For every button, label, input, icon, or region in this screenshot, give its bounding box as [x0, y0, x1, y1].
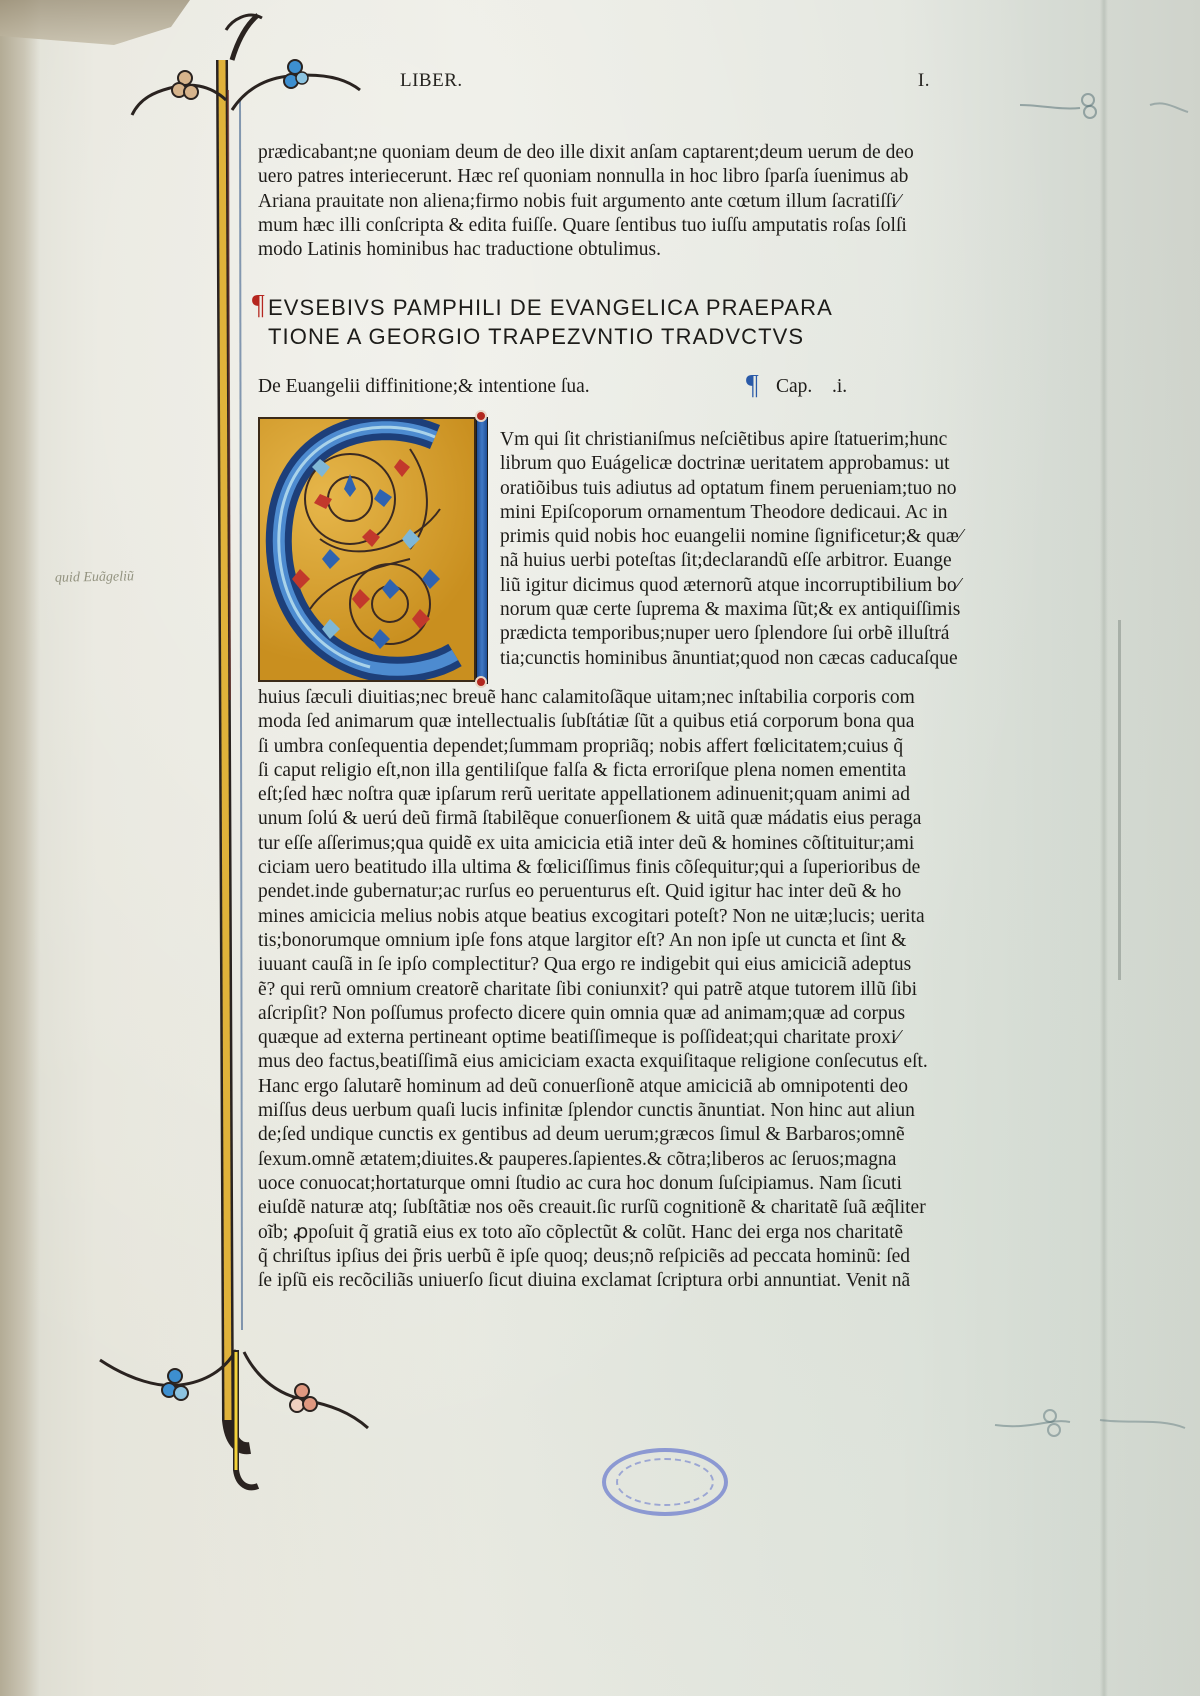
text-line: quæque ad externa pertineant optime beat…	[258, 1026, 1078, 1050]
opening-text-block: Vm qui ſit christianiſmus neſciẽtibus ap…	[500, 428, 1080, 671]
manuscript-page: LIBER. I. prædicabant;ne quoniam deum de…	[0, 0, 1200, 1696]
floral-initial-icon	[260, 419, 474, 680]
text-line: norum quæ certe ſuprema & maxima ſũt;& e…	[500, 598, 1080, 622]
text-line: uoce conuocat;hortaturque omni ſtudio ac…	[258, 1172, 1078, 1196]
text-line: huius ſæculi diuitias;nec breuẽ hanc cal…	[258, 686, 1078, 710]
torn-page-edge	[0, 0, 40, 1696]
text-line: iuuant cauſã in ſe ipſo complectitur? Qu…	[258, 953, 1078, 977]
faded-fleuron-icon	[990, 1400, 1190, 1450]
text-line: oratiõibus tuis adiutus ad optatum finem…	[500, 477, 1080, 501]
text-line: q̃ chriſtus ipſius dei p̃ris uerbũ ẽ ipſ…	[258, 1245, 1078, 1269]
chapter-title: De Euangelii diffinitione;& intentione ſ…	[258, 376, 590, 397]
work-title-heading: ¶ EVSEBIVS PAMPHILI DE EVANGELICA PRAEPA…	[268, 293, 968, 351]
running-head: LIBER. I.	[400, 70, 930, 92]
folio-number: I.	[918, 70, 930, 92]
text-line: mum hæc illi conſcripta & edita fuiſſe. …	[258, 214, 1078, 238]
faded-fleuron-icon	[1010, 80, 1190, 130]
initial-knob-icon	[475, 410, 487, 422]
text-line: oĩb; ꝓpoſuit q̃ gratiã eius ex toto aĩo …	[258, 1221, 1078, 1245]
text-line: prædicabant;ne quoniam deum de deo ille …	[258, 141, 1078, 165]
text-line: librum quo Euágelicæ doctrinæ ueritatem …	[500, 452, 1080, 476]
text-line: unum ſolú & uerú deũ firmã ſtabilẽque co…	[258, 807, 1078, 831]
text-line: tis;bonorumque omnium ipſe fons atque la…	[258, 929, 1078, 953]
heading-line: EVSEBIVS PAMPHILI DE EVANGELICA PRAEPARA	[268, 293, 968, 322]
illuminated-initial-c	[258, 417, 476, 682]
text-line: mines amicicia melius nobis atque beatiu…	[258, 905, 1078, 929]
heading-line: TIONE A GEORGIO TRAPEZVNTIO TRADVCTVS	[268, 322, 968, 351]
chapter-label: Cap.	[776, 376, 812, 398]
blue-pilcrow-icon: ¶	[746, 370, 759, 402]
initial-blue-bar	[476, 417, 488, 684]
text-line: aſcripſit? Non poſſumus profecto dicere …	[258, 1002, 1078, 1026]
text-line: tia;cunctis hominibus ãnuntiat;quod non …	[500, 647, 1080, 671]
preface-text-block: prædicabant;ne quoniam deum de deo ille …	[258, 141, 1078, 262]
chapter-heading: De Euangelii diffinitione;& intentione ſ…	[258, 376, 1078, 398]
red-pilcrow-icon: ¶	[252, 291, 266, 320]
text-line: tur eſſe aſſerimus;qua quidẽ ex uita ami…	[258, 832, 1078, 856]
text-line: nã huius uerbi poteſtas ſit;declarandũ e…	[500, 549, 1080, 573]
running-head-title: LIBER.	[400, 70, 463, 91]
text-line: Hanc ergo ſalutarẽ hominum ad deũ conuer…	[258, 1075, 1078, 1099]
text-line: Ariana prauitate non aliena;firmo nobis …	[258, 190, 1078, 214]
page-crease	[1118, 620, 1121, 980]
text-line: liũ igitur dicimus quod æternorũ atque i…	[500, 574, 1080, 598]
marginal-annotation: quid Euãgeliũ	[55, 569, 134, 586]
text-line: ſe ipſũ eis recõciliãs uniuerſo ſicut di…	[258, 1269, 1078, 1293]
library-stamp	[602, 1448, 728, 1516]
text-line: pendet.inde gubernatur;ac rurſus eo peru…	[258, 880, 1078, 904]
text-line: prædicta temporibus;nuper uero ſplendore…	[500, 622, 1080, 646]
text-line: modo Latinis hominibus hac traductione o…	[258, 238, 1078, 262]
text-line: moda ſed animarum quæ intellectualis ſub…	[258, 710, 1078, 734]
text-line: ẽ? qui rerũ omnium creatorẽ charitate ſi…	[258, 978, 1078, 1002]
text-line: eſt;ſed hæc noſtra quæ ipſarum rerũ ueri…	[258, 783, 1078, 807]
text-line: miſſus deus uerbum quaſi lucis infinitæ …	[258, 1099, 1078, 1123]
text-line: primis quid nobis hoc euangelii nomine ſ…	[500, 525, 1080, 549]
text-line: eiuſdẽ naturæ atq; ſubſtãtiæ nos oẽs cre…	[258, 1196, 1078, 1220]
text-line: ſi caput religio eſt,non illa gentiliſqu…	[258, 759, 1078, 783]
text-line: mini Epiſcoporum ornamentum Theodore ded…	[500, 501, 1080, 525]
text-line: ſexum.omnẽ ætatem;diuites.& pauperes.ſap…	[258, 1148, 1078, 1172]
text-line: uero patres interiecerunt. Hæc reſ quoni…	[258, 165, 1078, 189]
text-line: de;ſed undique cunctis ex gentibus ad de…	[258, 1123, 1078, 1147]
text-line: Vm qui ſit christianiſmus neſciẽtibus ap…	[500, 428, 1080, 452]
text-line: ſi umbra conſequentia dependet;ſummam pr…	[258, 735, 1078, 759]
main-text-block: huius ſæculi diuitias;nec breuẽ hanc cal…	[258, 686, 1078, 1293]
stamp-inner-ring	[616, 1458, 714, 1506]
text-line: ciciam uero beatitudo illa ultima & fœli…	[258, 856, 1078, 880]
chapter-number: .i.	[832, 376, 847, 398]
text-line: mus deo factus,beatiſſimã eius amiciciam…	[258, 1050, 1078, 1074]
